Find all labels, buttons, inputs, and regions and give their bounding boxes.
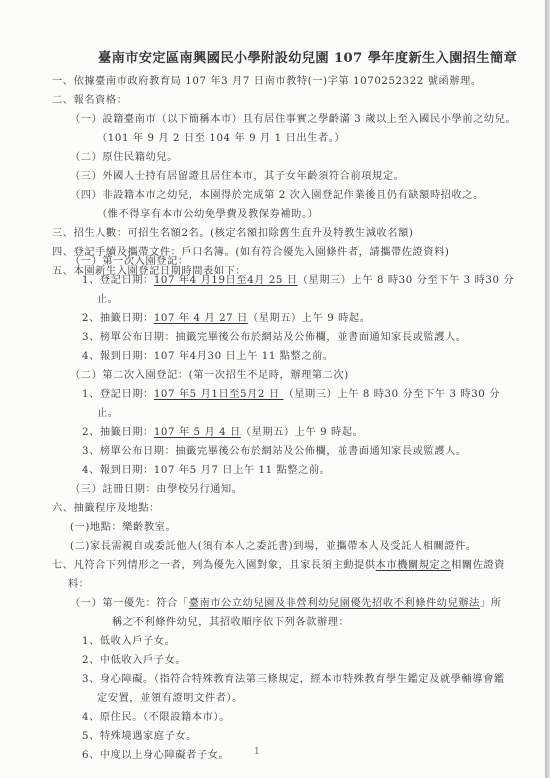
underlined-date: 107 年4 月19日至4月 25 日 [154,275,298,286]
text: 」所 [480,598,502,609]
second-registration-date: 1、登記日期：107 年5 月1日至5月2 日 （星期三）上午 8 時30 分至… [82,385,500,400]
text: 七、凡符合下列情形之一者，列為優先入園對象，且家長須主動提供 [52,560,376,571]
page-number: 1 [254,747,260,757]
page-edge [545,0,550,778]
time: （星期五）上午 9 時起。 [241,427,364,438]
section-7-priority: 七、凡符合下列情形之一者，列為優先入園對象，且家長須主動提供本市機關規定之相關佐… [52,556,505,571]
underlined-date: 107 年 4 月 27 日 [154,313,248,324]
priority-item-5: 5、特殊境遇家庭子女。 [82,727,197,742]
first-report-date: 4、報到日期：107 年4月30 日上午 11 點整之前。 [82,347,334,362]
first-registration-date-cont: 止。 [97,290,119,305]
time-range: （星期三）上午 8 時30 分至下午 3 時30 分 [283,389,500,400]
section-1-basis: 一、依據臺南市政府教育局 107 年3 月7 日南市教特(一)字第 107025… [52,72,482,87]
second-report-date: 4、報到日期：107 年5 月7 日上午 11 點整之前。 [82,461,330,476]
first-priority-cont: 稱之不利條件幼兒，其招收順序依下列各款辦理： [112,613,349,628]
label: 2、抽籤日期： [82,313,154,324]
text: （一）第一優先：符合「 [70,598,189,609]
priority-item-2: 2、中低收入戶子女。 [82,651,186,666]
priority-item-3-cont: 定安置，並領有證明文件者）。 [97,689,243,704]
second-registration-date-cont: 止。 [97,404,119,419]
section-3-enrollment-quota: 三、招生人數：可招生名額2名。(核定名額扣除舊生直升及特教生減收名額) [52,224,413,239]
eligibility-item-4-note: （惟不得享有本市公幼免學費及教保券補助。） [97,205,318,220]
regulation-name: 臺南市公立幼兒園及非營利幼兒園優先招收不利條件幼兒辦法 [189,598,480,609]
document-page: 臺南市安定區南興國民小學附設幼兒園 107 學年度新生入園招生簡章 一、依據臺南… [0,0,545,778]
section-2-heading: 二、報名資格： [52,91,128,106]
second-registration-heading: （二）第二次入園登記：(第一次招生不足時，辦理第二次) [70,366,349,381]
priority-item-6: 6、中度以上身心障礙者子女。 [82,746,229,761]
eligibility-item-1-note: （101 年 9 月 2 日至 104 年 9 月 1 日出生者。） [97,129,345,144]
first-results-date: 3、榜單公布日期：抽籤完畢後公布於網站及公佈欄，並書面通知家長或監護人。 [82,328,467,343]
registration-date: （三）註冊日期：由學校另行通知。 [70,480,243,495]
underlined-date: 107 年5 月1日至5月2 日 [154,389,284,400]
time: （星期五）上午 9 時起。 [248,313,371,324]
first-registration-date: 1、登記日期：107 年4 月19日至4月 25 日（星期三）上午 8 時30 … [82,271,514,286]
document-title: 臺南市安定區南興國民小學附設幼兒園 107 學年度新生入園招生簡章 [98,47,517,66]
lottery-attendance: (二)家長需親自或委託他人(須有本人之委託書)到場，並攜帶本人及受託人相關證件。 [70,537,477,552]
label: 2、抽籤日期： [82,427,154,438]
section-6-heading: 六、抽籤程序及地點： [52,499,160,514]
priority-item-4: 4、原住民。（不限設籍本市）。 [82,708,230,723]
lottery-location: (一)地點：樂齡教室。 [70,518,176,533]
priority-item-3: 3、身心障礙。（指符合特殊教育法第三條規定，經本市特殊教育學生鑑定及就學輔導會鑑 [82,670,505,685]
label: 1、登記日期： [82,275,154,286]
label: 1、登記日期： [82,389,154,400]
first-registration-heading: （一）第一次入園登記： [70,252,189,267]
priority-item-1: 1、低收入戶子女。 [82,632,175,647]
eligibility-item-4: （四）非設籍本市之幼兒，本園得於完成第 2 次入園登記作業後且仍有缺額時招收之。 [70,186,484,201]
text: 相關佐證資 [451,560,505,571]
section-7-priority-cont: 料： [68,575,90,590]
underlined-text: 本市機關規定之 [376,560,452,571]
eligibility-item-2: （二）原住民籍幼兒。 [70,148,178,163]
time-range: （星期三）上午 8 時30 分至下午 3 時30 分 [298,275,515,286]
eligibility-item-1: （一）設籍臺南市（以下簡稱本市）且有居住事實之學齡滿 3 歲以上至入國民小學前之… [70,110,516,125]
second-lottery-date: 2、抽籤日期：107 年 5 月 4 日（星期五）上午 9 時起。 [82,423,363,438]
first-priority: （一）第一優先：符合「臺南市公立幼兒園及非營利幼兒園優先招收不利條件幼兒辦法」所 [70,594,502,609]
second-results-date: 3、榜單公布日期：抽籤完畢後公布於網站及公佈欄，並書面通知家長或監護人。 [82,442,467,457]
eligibility-item-3: （三）外國人士持有居留證且居住本市，其子女年齡須符合前項規定。 [70,167,404,182]
underlined-date: 107 年 5 月 4 日 [154,427,241,438]
first-lottery-date: 2、抽籤日期：107 年 4 月 27 日（星期五）上午 9 時起。 [82,309,371,324]
